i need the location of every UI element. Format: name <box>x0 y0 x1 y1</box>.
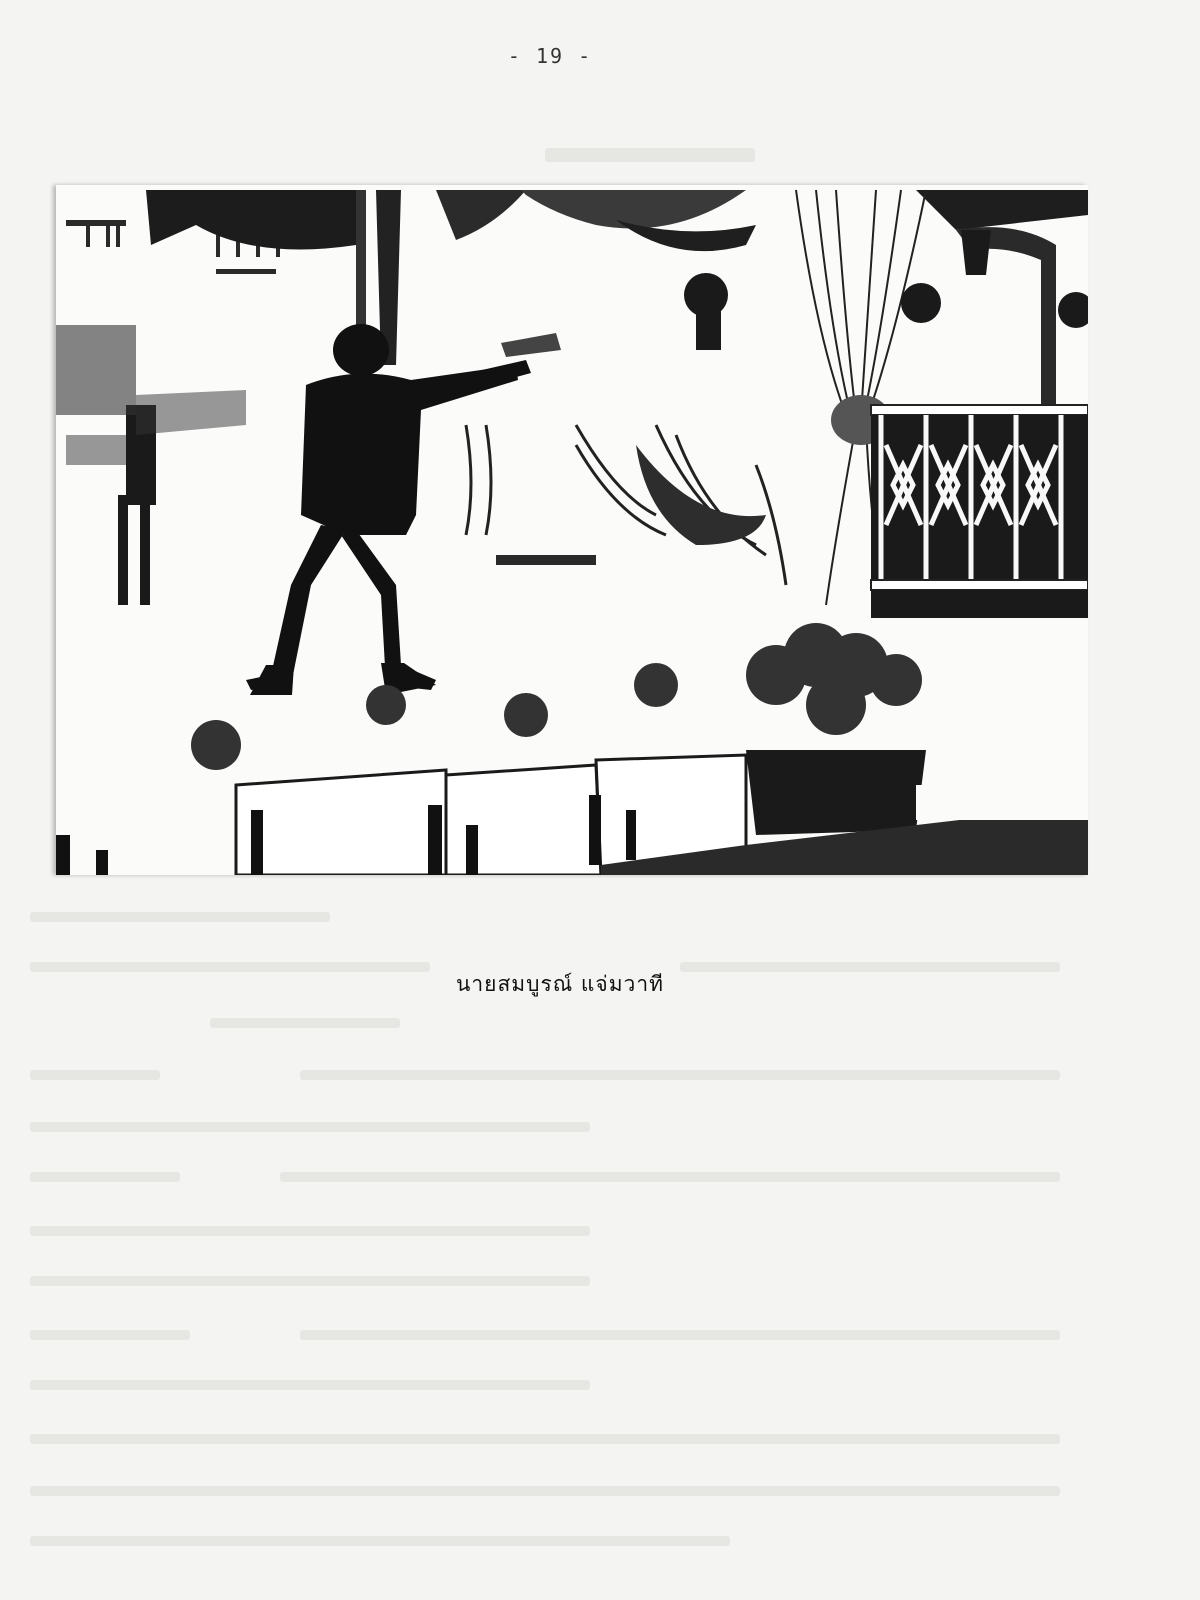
ceremony-photo <box>56 185 1088 875</box>
photo-illustration <box>56 185 1088 875</box>
photo-caption: นายสมบูรณ์ แจ่มวาที <box>0 968 1120 1001</box>
ornate-railing <box>871 405 1088 618</box>
page-number: - 19 - <box>0 44 1100 68</box>
planters <box>56 623 1088 875</box>
